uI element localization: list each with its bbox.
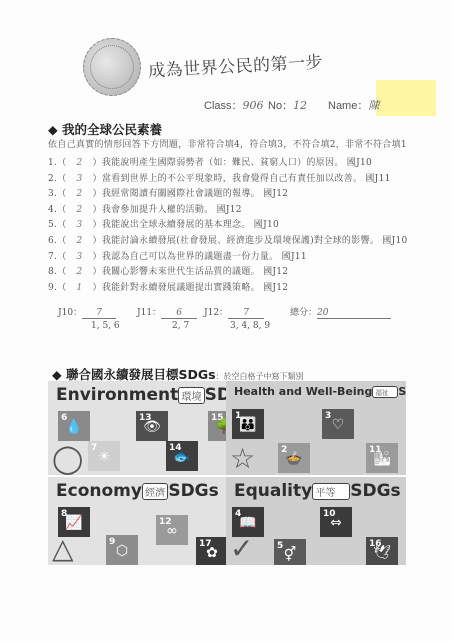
panel-title: Environment環境SDGs: [56, 385, 226, 405]
sdg-goal-tile-6: 6💧: [58, 411, 90, 441]
star-icon: ☆: [230, 445, 255, 473]
question-item: 7.（3）我認為自己可以為世界的議題盡一份力量。 國J11: [48, 249, 307, 262]
sdg-goal-tile-13: 13👁: [136, 411, 168, 441]
sdg-goal-icon: 🏙: [366, 451, 398, 467]
category-answer-box[interactable]: 福祉: [372, 386, 398, 398]
sdg-goal-icon: ⬡: [106, 543, 138, 559]
number-value: 12: [293, 99, 307, 112]
question-text: 我能說明產生國際弱勢者（如：難民、貧窮人口）的原因。 國J10: [102, 158, 372, 168]
sdg-goal-icon: 📖: [232, 515, 264, 531]
question-item: 4.（2）我會參加提升人權的活動。 國J12: [48, 202, 242, 215]
sdg-goal-tile-15: 15🌳: [208, 411, 226, 441]
sdg-goal-icon: 🍲: [278, 451, 310, 467]
question-item: 1.（2）我能說明產生國際弱勢者（如：難民、貧窮人口）的原因。 國J10: [48, 155, 372, 168]
question-text: 我會參加提升人權的活動。 國J12: [102, 205, 242, 215]
globe-illustration: [83, 38, 141, 96]
sdg-goal-icon: ∞: [156, 523, 188, 539]
circle-icon: ◯: [52, 445, 83, 473]
sdg-goal-icon: ✿: [196, 545, 226, 561]
sdg-goal-tile-11: 11🏙: [366, 443, 398, 473]
score-j11: J11：6: [137, 305, 197, 319]
j11-value[interactable]: 6: [161, 308, 197, 319]
question-text: 我認為自己可以為世界的議題盡一份力量。 國J11: [102, 252, 307, 262]
score-j12: J12：7: [204, 305, 264, 319]
sticky-note-redaction: [376, 80, 436, 116]
question-text: 我關心影響未來世代生活品質的議題。 國J12: [102, 267, 289, 277]
name-field: Name：陳: [328, 97, 379, 113]
sdg-goal-icon: ☀: [88, 449, 120, 465]
sdg-panel-economy: Economy經濟SDGs8📈9⬡12∞17✿△: [48, 477, 226, 565]
category-answer-box[interactable]: 經濟: [142, 483, 168, 500]
j10-items: 1, 5, 6: [91, 321, 120, 331]
question-text: 我能討論永續發展(社會發展、經濟進步及環境保護)對全球的影響。 國J10: [102, 236, 408, 246]
answer-field[interactable]: 2: [67, 205, 93, 215]
sdg-goal-tile-1: 1👪: [232, 409, 264, 439]
j12-value[interactable]: 7: [228, 308, 264, 319]
sdg-panel-environment: Environment環境SDGs6💧7☀13👁14🐟15🌳◯: [48, 381, 226, 475]
answer-field[interactable]: 2: [67, 267, 93, 277]
instructions: 依自己真實的情形回答下方問題，非常符合填4，符合填3，不符合填2，非常不符合填1: [48, 137, 407, 150]
question-item: 8.（2）我關心影響未來世代生活品質的議題。 國J12: [48, 264, 288, 277]
sdg-goal-icon: 🕊: [366, 545, 398, 561]
answer-field[interactable]: 2: [67, 236, 93, 246]
class-field: Class：906: [204, 97, 264, 113]
question-item: 6.（2）我能討論永續發展(社會發展、經濟進步及環境保護)對全球的影響。 國J1…: [48, 233, 408, 246]
sdg-goal-icon: ⇔: [320, 515, 352, 531]
total-value[interactable]: 20: [317, 308, 391, 319]
j10-value[interactable]: 7: [82, 308, 116, 319]
sdg-goal-icon: 👁: [136, 419, 168, 435]
sdg-goal-tile-10: 10⇔: [320, 507, 352, 537]
sdg-goal-tile-16: 16🕊: [366, 537, 398, 565]
answer-field[interactable]: 3: [67, 220, 93, 230]
answer-field[interactable]: 3: [67, 252, 93, 262]
sdg-goal-tile-12: 12∞: [156, 515, 188, 545]
score-total: 總分：20: [290, 305, 391, 319]
sdg-goal-icon: 🐟: [166, 449, 198, 465]
sdg-panel-equality: Equality平等SDGs4📖5⚥10⇔16🕊✓: [226, 477, 406, 565]
question-text: 我能針對永續發展議題提出實踐策略。 國J12: [102, 283, 289, 293]
sdg-goal-tile-14: 14🐟: [166, 441, 198, 471]
sdg-goal-tile-7: 7☀: [88, 441, 120, 471]
category-answer-box[interactable]: 平等: [312, 483, 350, 500]
sdg-goal-icon: ⚥: [274, 547, 306, 563]
sdg-goal-tile-9: 9⬡: [106, 535, 138, 565]
question-text: 當看到世界上的不公平現象時，我會覺得自己有責任加以改善。 國J11: [102, 174, 391, 184]
triangle-icon: △: [52, 535, 74, 563]
question-item: 3.（2）我經常閱讀有關國際社會議題的報導。 國J12: [48, 186, 288, 199]
number-field: No：12: [268, 97, 307, 113]
category-answer-box[interactable]: 環境: [178, 387, 204, 404]
sdg-goal-icon: 🌳: [208, 419, 226, 435]
j12-items: 3, 4, 8, 9: [230, 321, 270, 331]
sdg-goal-tile-3: 3♡: [322, 409, 354, 439]
sdg-goal-tile-17: 17✿: [196, 537, 226, 565]
sdg-panel-health-and-well-being: Health and Well-Being福祉SDGs1👪2🍲3♡11🏙☆: [226, 381, 406, 475]
sdg-goal-icon: 👪: [232, 417, 264, 433]
question-text: 我能說出全球永續發展的基本理念。 國J10: [102, 220, 279, 230]
check-icon: ✓: [230, 535, 253, 563]
answer-field[interactable]: 2: [67, 158, 93, 168]
question-item: 2.（3）當看到世界上的不公平現象時，我會覺得自己有責任加以改善。 國J11: [48, 171, 391, 184]
sdg-goal-icon: 💧: [58, 419, 90, 435]
question-text: 我經常閱讀有關國際社會議題的報導。 國J12: [102, 189, 289, 199]
answer-field[interactable]: 1: [67, 283, 93, 293]
panel-title: Economy經濟SDGs: [56, 481, 219, 501]
j11-items: 2, 7: [172, 321, 189, 331]
score-j10: J10：7: [58, 305, 116, 319]
answer-field[interactable]: 2: [67, 189, 93, 199]
class-value: 906: [243, 99, 264, 112]
question-item: 5.（3）我能說出全球永續發展的基本理念。 國J10: [48, 217, 279, 230]
sdg-goal-icon: 📈: [58, 515, 90, 531]
page-title: 成為世界公民的第一步: [147, 47, 323, 81]
sdg-goal-tile-5: 5⚥: [274, 539, 306, 565]
panel-title: Equality平等SDGs: [234, 481, 401, 501]
panel-title: Health and Well-Being福祉SDGs: [234, 385, 406, 398]
answer-field[interactable]: 3: [67, 174, 93, 184]
section-heading-citizenship: ◆ 我的全球公民素養: [48, 120, 162, 138]
sdg-goal-tile-2: 2🍲: [278, 443, 310, 473]
sdg-goal-icon: ♡: [322, 417, 354, 433]
name-value: 陳: [368, 99, 379, 112]
question-item: 9.（1）我能針對永續發展議題提出實踐策略。 國J12: [48, 280, 288, 293]
